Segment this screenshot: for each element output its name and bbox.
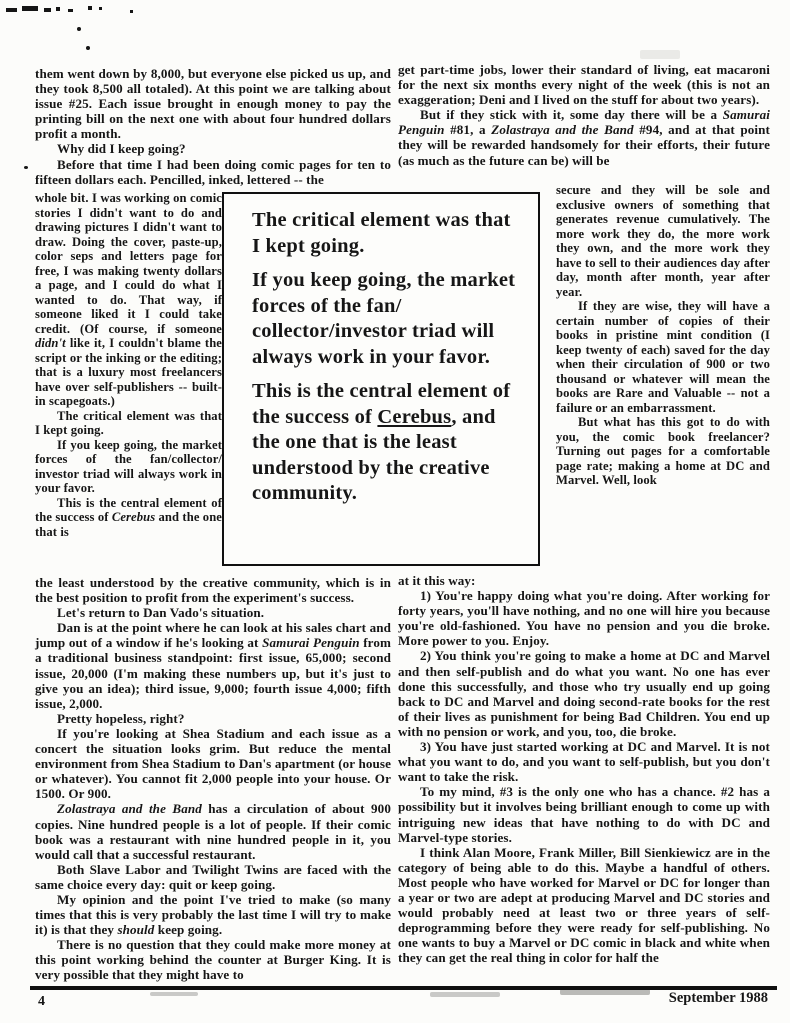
paragraph: I think Alan Moore, Frank Miller, Bill S…: [398, 845, 770, 966]
paragraph: them went down by 8,000, but everyone el…: [35, 66, 391, 141]
paragraph: Pretty hopeless, right?: [35, 711, 391, 726]
paragraph: The critical element was that I kept goi…: [252, 208, 522, 259]
paragraph: 1) You're happy doing what you're doing.…: [398, 588, 770, 648]
paragraph: Before that time I had been doing comic …: [35, 157, 391, 187]
left-column-bottom-segment: the least understood by the creative com…: [35, 575, 391, 987]
paragraph: But if they stick with it, some day ther…: [398, 107, 770, 167]
scan-noise-mark: [44, 8, 51, 12]
scan-noise-mark: [77, 27, 81, 31]
scan-noise-mark: [99, 7, 102, 10]
right-column-top-segment: get part-time jobs, lower their standard…: [398, 62, 770, 182]
scan-noise-mark: [56, 7, 60, 11]
issue-date: September 1988: [669, 990, 768, 1007]
paragraph: get part-time jobs, lower their standard…: [398, 62, 770, 107]
paragraph: secure and they will be sole and exclusi…: [556, 183, 770, 299]
left-column-narrow-segment: whole bit. I was working on comic storie…: [35, 191, 222, 573]
right-column-narrow-segment: secure and they will be sole and exclusi…: [556, 183, 770, 571]
paragraph: Zolastraya and the Band has a circulatio…: [35, 801, 391, 861]
page-number: 4: [38, 994, 45, 1010]
paragraph: There is no question that they could mak…: [35, 937, 391, 982]
paragraph: Dan is at the point where he can look at…: [35, 620, 391, 711]
scan-smudge: [640, 50, 680, 59]
paragraph: whole bit. I was working on comic storie…: [35, 191, 222, 409]
paragraph: Let's return to Dan Vado's situation.: [35, 605, 391, 620]
paragraph: This is the central element of the succe…: [35, 496, 222, 540]
paragraph: But what has this got to do with you, th…: [556, 415, 770, 488]
paragraph: To my mind, #3 is the only one who has a…: [398, 784, 770, 844]
paragraph: 2) You think you're going to make a home…: [398, 648, 770, 739]
footer-rule: [30, 986, 777, 990]
paragraph: If you keep going, the market forces of …: [252, 268, 522, 370]
paragraph: the least understood by the creative com…: [35, 575, 391, 605]
scan-noise-mark: [22, 6, 38, 11]
scan-noise-mark: [88, 6, 92, 10]
paragraph: at it this way:: [398, 573, 770, 588]
scan-smudge: [560, 989, 650, 995]
left-column-top-segment: them went down by 8,000, but everyone el…: [35, 66, 391, 190]
paragraph: The critical element was that I kept goi…: [35, 409, 222, 438]
scan-smudge: [150, 992, 198, 996]
paragraph: My opinion and the point I've tried to m…: [35, 892, 391, 937]
scan-noise-mark: [6, 8, 17, 12]
right-column-bottom-segment: at it this way:1) You're happy doing wha…: [398, 573, 770, 985]
paragraph: This is the central element of the succe…: [252, 379, 522, 507]
paragraph: If they are wise, they will have a certa…: [556, 299, 770, 415]
scan-noise-mark: [130, 10, 133, 13]
paragraph: Both Slave Labor and Twilight Twins are …: [35, 862, 391, 892]
paragraph: If you're looking at Shea Stadium and ea…: [35, 726, 391, 801]
scan-noise-mark: [24, 166, 28, 169]
paragraph: 3) You have just started working at DC a…: [398, 739, 770, 784]
paragraph: Why did I keep going?: [35, 141, 391, 156]
scan-noise-mark: [86, 46, 90, 50]
scanned-page: them went down by 8,000, but everyone el…: [0, 0, 790, 1023]
scan-smudge: [430, 992, 500, 997]
scan-noise-mark: [68, 9, 73, 12]
pull-quote-box: The critical element was that I kept goi…: [222, 192, 540, 566]
paragraph: If you keep going, the market forces of …: [35, 438, 222, 496]
